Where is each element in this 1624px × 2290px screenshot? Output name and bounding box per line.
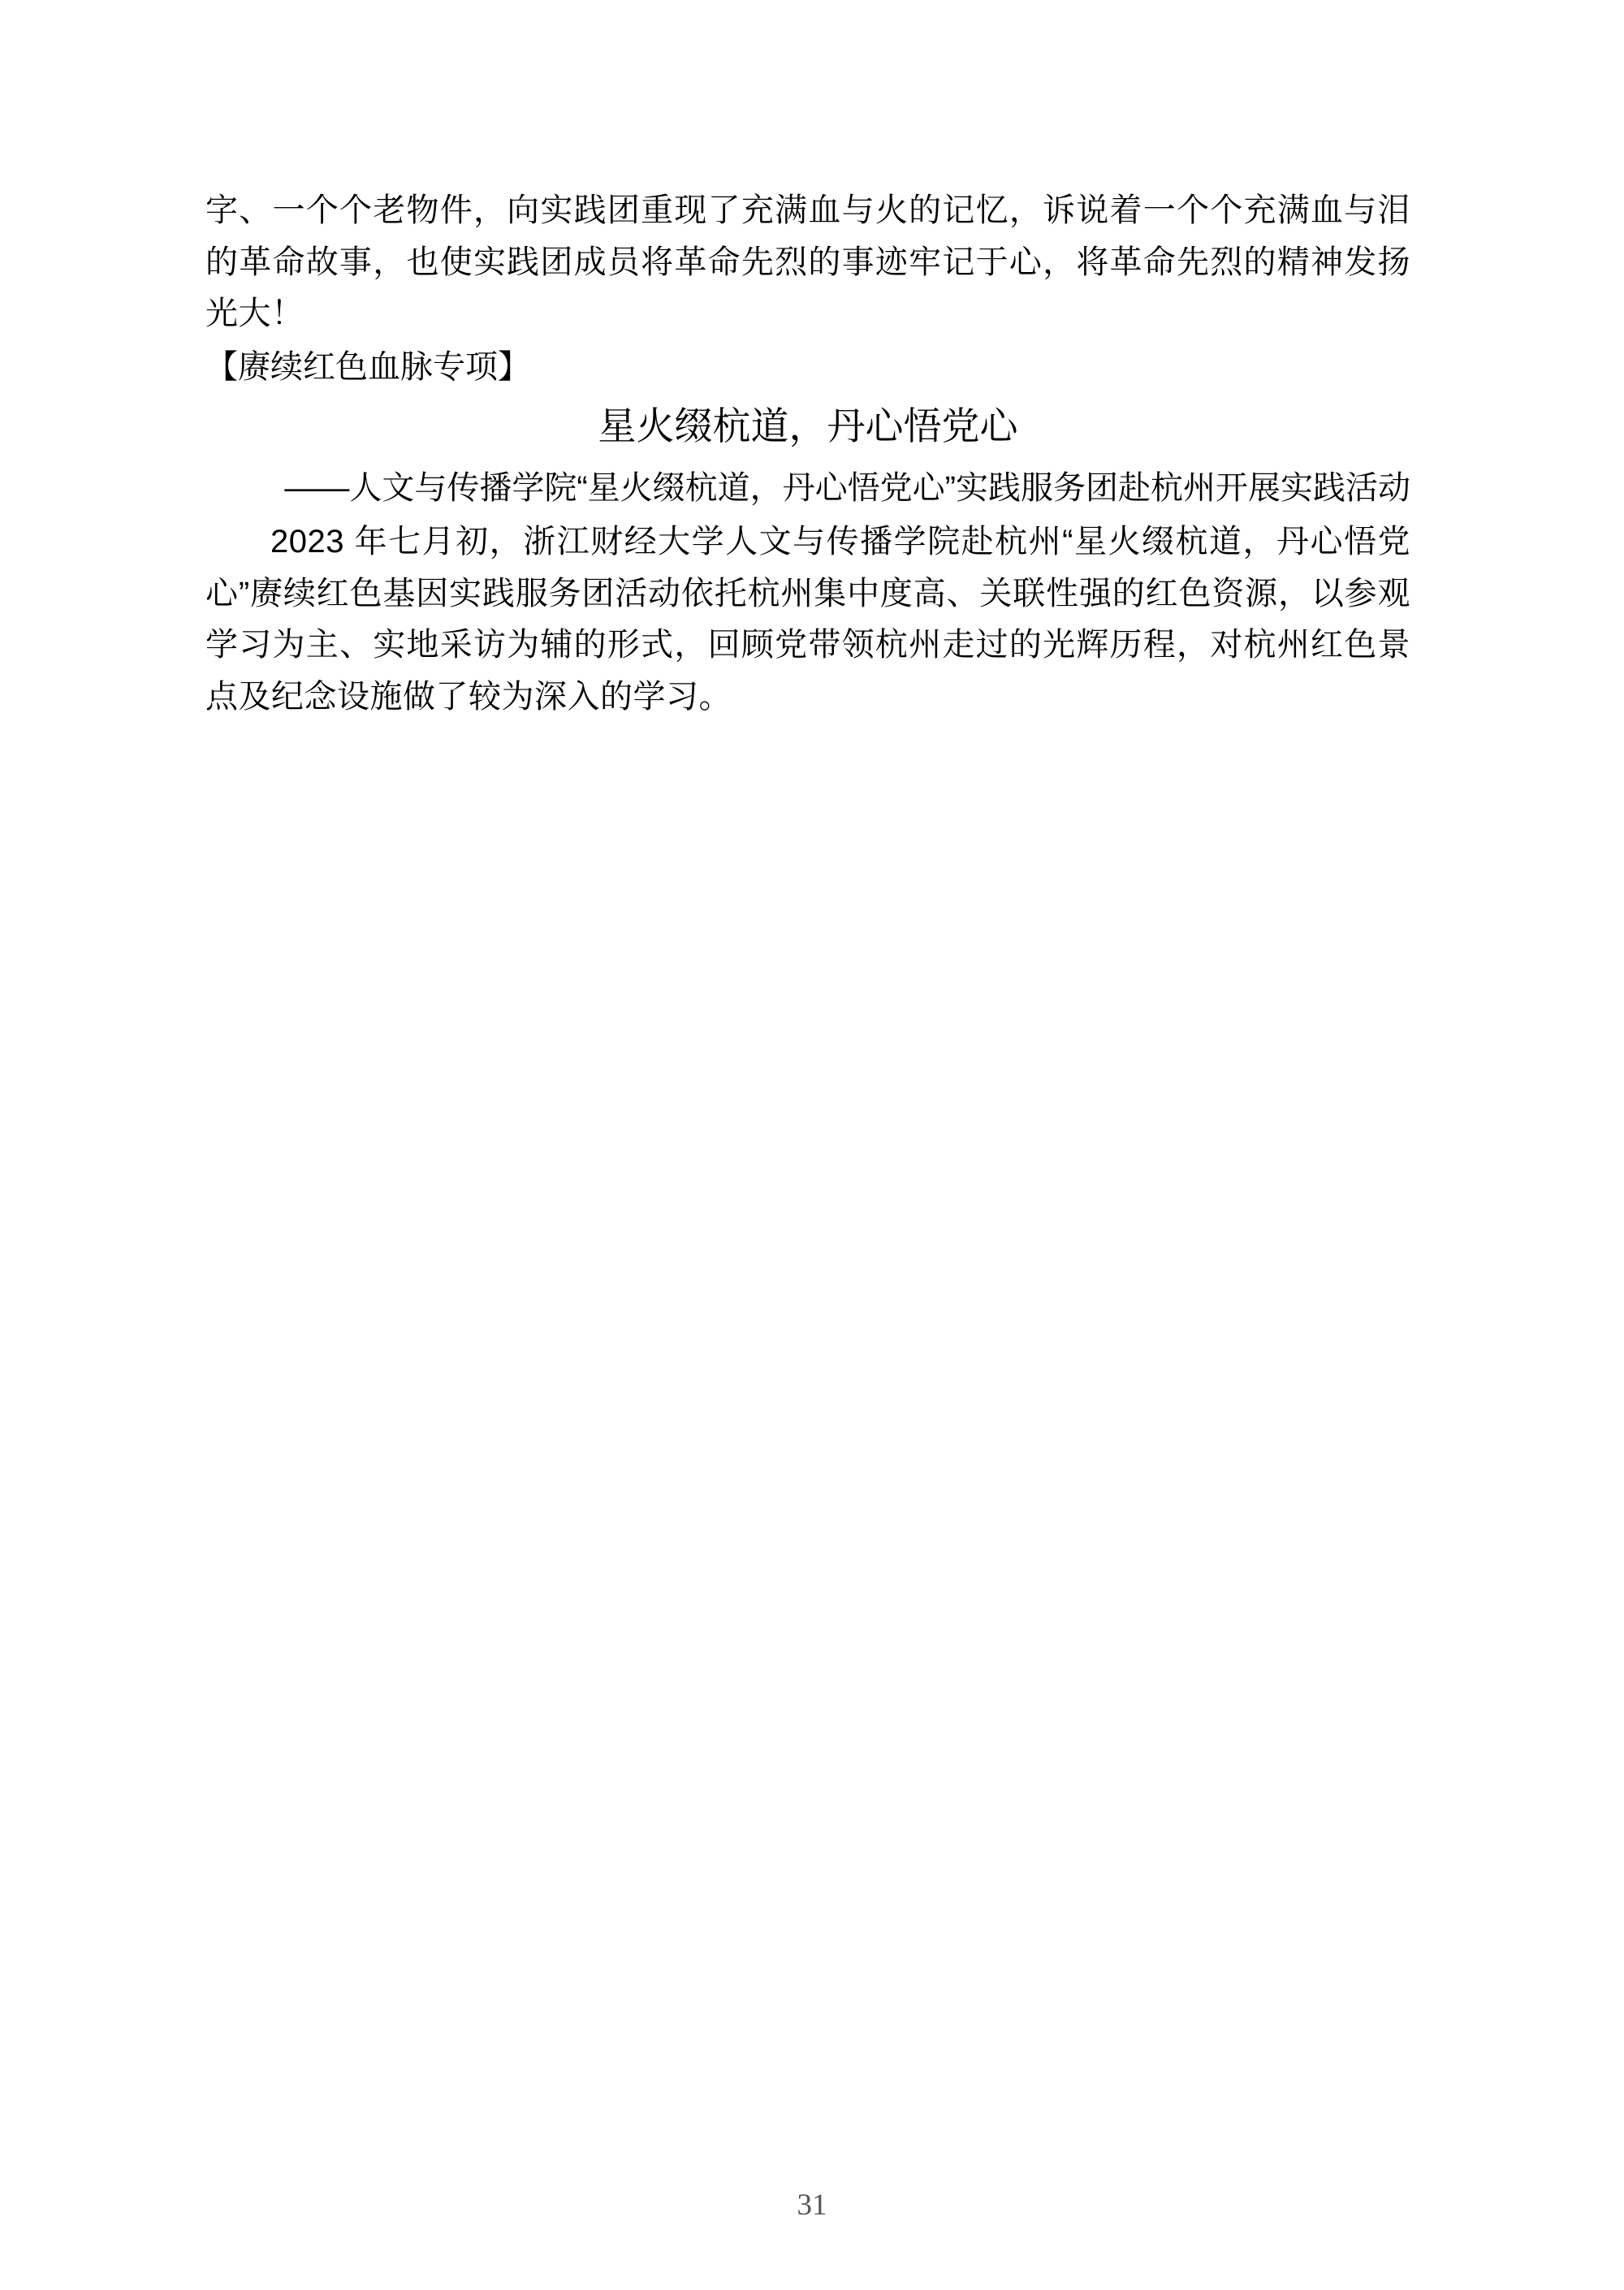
paragraph-continuation: 字、一个个老物件，向实践团重现了充满血与火的记忆，诉说着一个个充满血与泪的革命故…: [205, 185, 1410, 340]
document-page: 字、一个个老物件，向实践团重现了充满血与火的记忆，诉说着一个个充满血与泪的革命故…: [0, 0, 1624, 2290]
page-number: 31: [0, 2188, 1624, 2223]
article-title: 星火缀杭道，丹心悟党心: [205, 397, 1410, 456]
paragraph-body: 2023 年七月初，浙江财经大学人文与传播学院赴杭州“星火缀杭道，丹心悟党心”赓…: [205, 516, 1410, 723]
section-heading: 【赓续红色血脉专项】: [205, 342, 1410, 394]
article-subtitle: ——人文与传播学院“星火缀杭道，丹心悟党心”实践服务团赴杭州开展实践活动: [205, 463, 1410, 515]
